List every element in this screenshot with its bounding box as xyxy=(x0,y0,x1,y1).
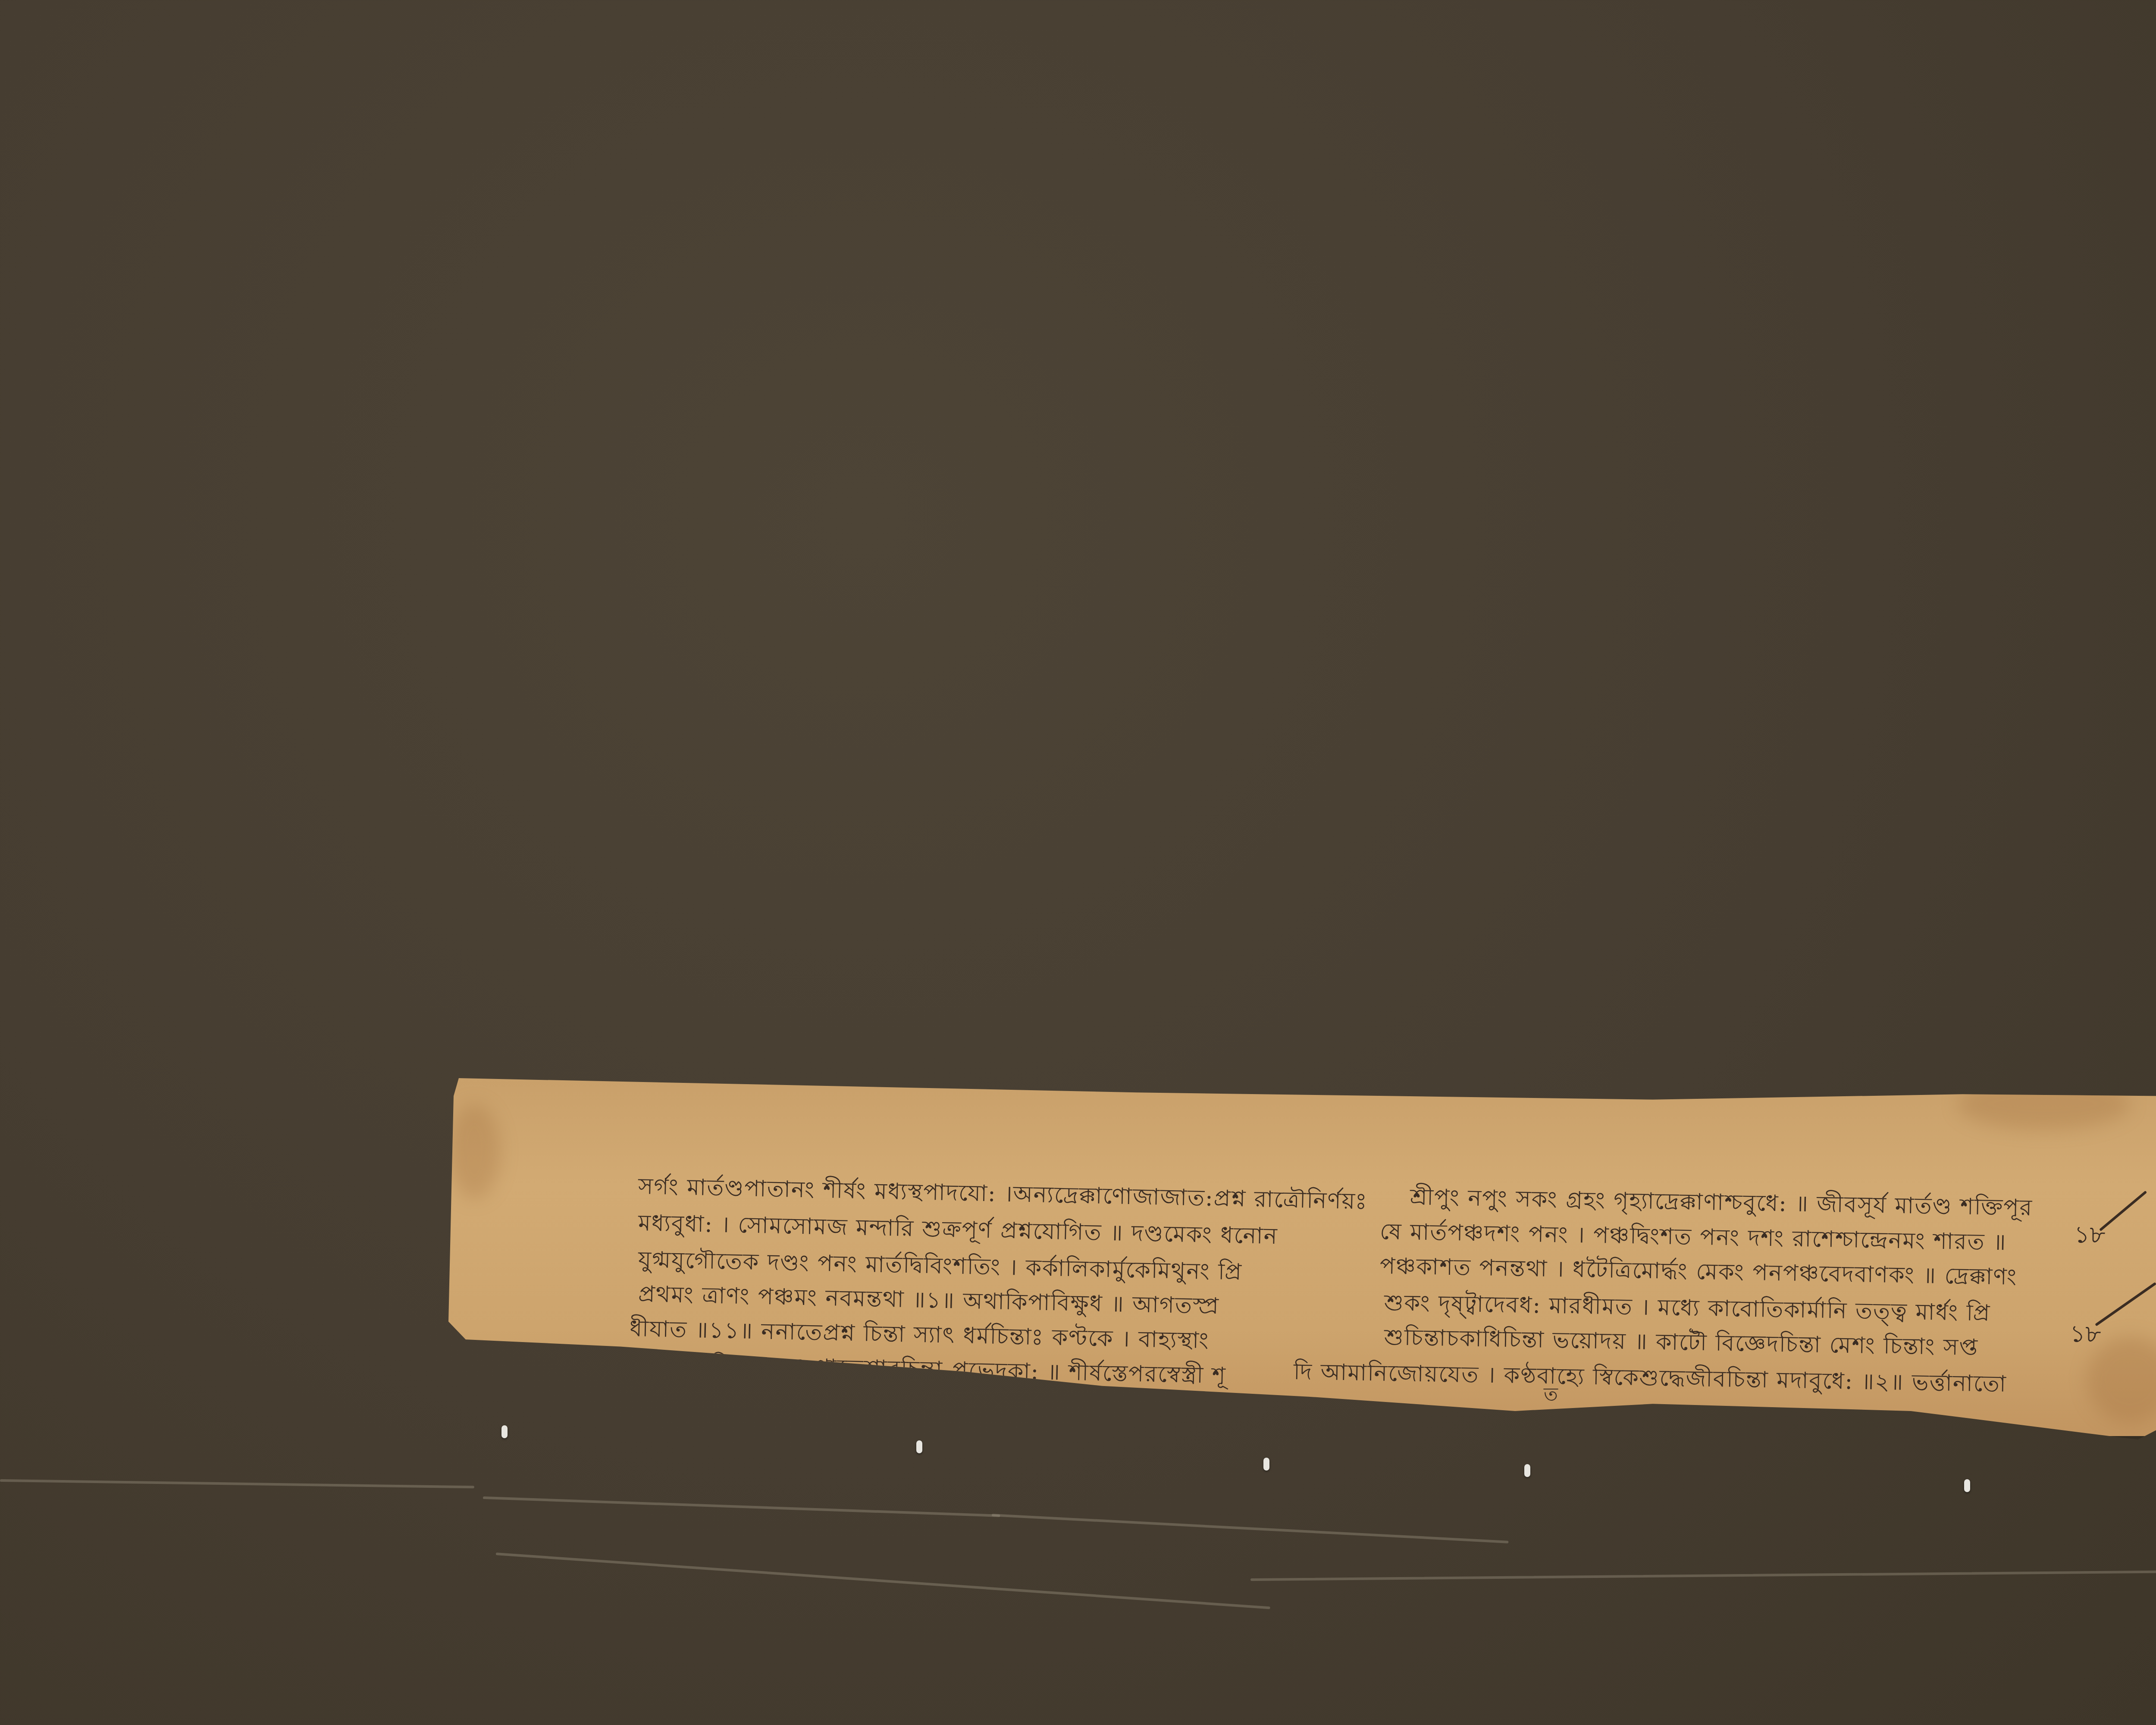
board-crack xyxy=(483,1496,1000,1517)
board-crack xyxy=(992,1514,1509,1543)
margin-stroke xyxy=(2099,1191,2147,1232)
margin-folio-number: ১৮ xyxy=(2074,1216,2106,1257)
mounting-pin xyxy=(1263,1458,1269,1471)
mounting-pin xyxy=(1524,1464,1530,1477)
mounting-pin xyxy=(501,1425,508,1438)
board-crack xyxy=(496,1552,1270,1609)
mounting-pin xyxy=(916,1440,922,1453)
board-crack xyxy=(1250,1568,2156,1581)
mounting-pin xyxy=(1964,1479,1970,1492)
margin-stroke xyxy=(2095,1282,2156,1326)
margin-folio-number: ১৮ xyxy=(2070,1315,2101,1356)
water-stain xyxy=(448,1104,500,1199)
bottom-mark: ত xyxy=(1544,1380,1558,1411)
board-crack xyxy=(0,1479,474,1488)
water-stain xyxy=(1958,1078,2130,1130)
manuscript-folio: সর্গং মার্তণ্ডপাতানং শীর্ষং মধ্যস্থপাদযো… xyxy=(448,1078,2156,1436)
